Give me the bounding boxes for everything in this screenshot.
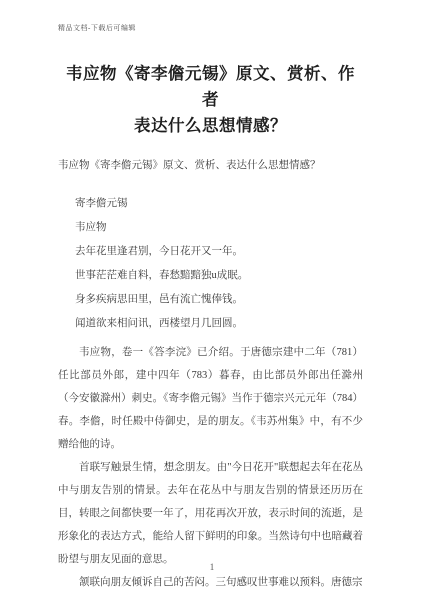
poem-block: 寄李儋元锡 韦应物 去年花里逢君别，今日花开又一年。 世事茫茫难自料，春愁黯黯独… xyxy=(58,192,363,336)
watermark-text: 精品文档-下载后可编辑 xyxy=(58,24,363,33)
paragraph-author-introduction: 韦应物，卷一《答李浣》已介绍。于唐德宗建中二年（781）任比部员外郎，建中四年（… xyxy=(58,341,363,456)
document-page: 精品文档-下载后可编辑 韦应物《寄李儋元锡》原文、赏析、作者 表达什么思想情感？… xyxy=(0,0,424,600)
document-title-line-1: 韦应物《寄李儋元锡》原文、赏析、作者 xyxy=(58,61,363,113)
poem-line-2: 世事茫茫难自料，春愁黯黯独u成眠。 xyxy=(75,264,363,288)
poem-line-4: 闻道欲来相问讯，西楼望月几回圆。 xyxy=(75,312,363,336)
paragraph-first-couplet-analysis: 首联写触景生情，想念朋友。由"今日花开"联想起去年在花丛中与朋友告别的情景。去年… xyxy=(58,456,363,571)
poem-author: 韦应物 xyxy=(75,216,363,240)
poem-title: 寄李儋元锡 xyxy=(75,192,363,216)
document-title: 韦应物《寄李儋元锡》原文、赏析、作者 表达什么思想情感？ xyxy=(58,61,363,139)
paragraph-second-couplet-analysis: 颔联向朋友倾诉自己的苦闷。三句感叹世事难以预料。唐德宗 xyxy=(58,571,363,594)
poem-line-3: 身多疾病思田里，邑有流亡愧俸钱。 xyxy=(75,288,363,312)
document-title-line-2: 表达什么思想情感？ xyxy=(58,113,363,139)
document-subtitle: 韦应物《寄李儋元锡》原文、赏析、表达什么思想情感？ xyxy=(58,159,363,173)
page-number: 1 xyxy=(0,562,424,572)
poem-line-1: 去年花里逢君别，今日花开又一年。 xyxy=(75,240,363,264)
